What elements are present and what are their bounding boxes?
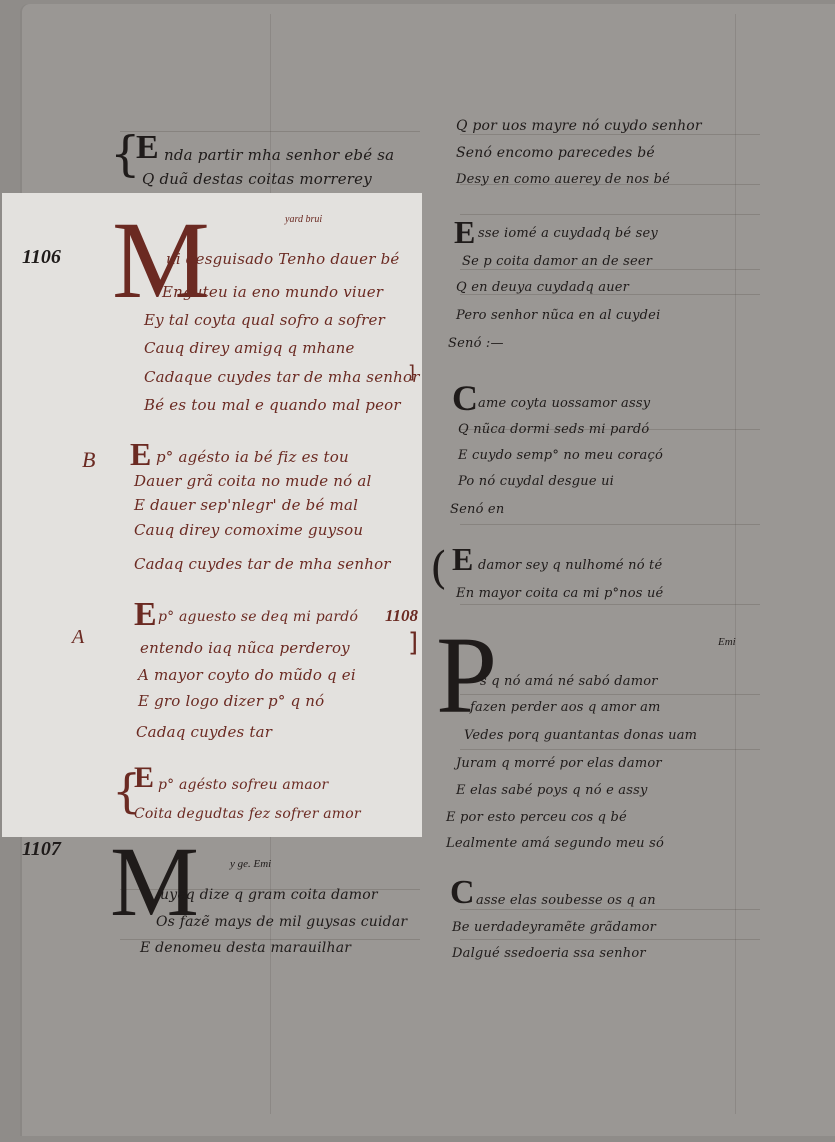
verse-line: uyeq dize q gram coita damor xyxy=(160,887,378,903)
verse-line: damor sey q nulhomé nó té xyxy=(478,558,662,573)
verse-line: A mayor coyto do mũdo q ei xyxy=(138,666,356,684)
verse-line: Senó encomo parecedes bé xyxy=(456,145,655,161)
verse-line: Enguteu ia eno mundo viuer xyxy=(162,283,383,301)
verse-line: Q en deuya cuydadq auer xyxy=(456,280,629,295)
margin-annotation-top: yard brui xyxy=(285,214,322,225)
verse-line: Dalgué ssedoeria ssa senhor xyxy=(452,946,646,961)
initial-letter: E xyxy=(452,543,473,575)
verse-line: Os fazẽ mays de mil guysas cuidar xyxy=(156,914,407,930)
margin-annotation-1107: y ge. Emi xyxy=(230,858,271,870)
verse-line: Ey tal coyta qual sofro a sofrer xyxy=(144,311,385,329)
verse-line: Dauer grã coita no mude nó al xyxy=(134,472,372,490)
verse-line: fazen perder aos q amor am xyxy=(470,700,661,715)
initial-letter: C xyxy=(450,876,475,910)
verse-line: Juram q morré por elas damor xyxy=(456,756,662,771)
bracket-mark: ] xyxy=(408,362,415,383)
verse-line: E dauer sep'nlegr' de bé mal xyxy=(134,496,358,514)
verse-line: Senó :— xyxy=(448,336,504,351)
verse-line: ui desguisado Tenho dauer bé xyxy=(166,250,399,268)
verse-line: Q duã destas coitas morrerey xyxy=(142,170,372,188)
verse-line: Cadaque cuydes tar de mha senhor xyxy=(144,368,420,386)
verse-line: Cauq direy amigq q mhane xyxy=(144,339,355,357)
verse-line: asse elas soubesse os q an xyxy=(476,893,656,908)
verse-line: Se p coita damor an de seer xyxy=(462,254,652,269)
verse-line: E denomeu desta marauilhar xyxy=(140,940,351,956)
margin-annotation-right: Emi xyxy=(718,636,736,648)
verse-line: p° agésto ia bé fiz es tou xyxy=(156,448,349,466)
verse-line: Senó en xyxy=(450,502,504,517)
folio-number-1108: 1108 xyxy=(385,606,418,626)
verse-line: Pero senhor nũca en al cuydei xyxy=(456,308,660,323)
verse-line: Cadaq cuydes tar xyxy=(136,723,272,741)
initial-letter: E xyxy=(134,598,157,632)
initial-letter: C xyxy=(452,380,478,416)
verse-line: entendo iaq nũca perderoy xyxy=(140,639,350,657)
verse-line: En mayor coita ca mi p°nos ué xyxy=(456,586,663,601)
verse-line: E gro logo dizer p° q nó xyxy=(138,692,324,710)
verse-line: ame coyta uossamor assy xyxy=(478,396,650,411)
verse-line: Po nó cuydal desgue ui xyxy=(458,474,614,489)
verse-line: Q nũca dormi seds mi pardó xyxy=(458,422,649,437)
folio-number-1107: 1107 xyxy=(22,838,61,861)
brace-icon: ( xyxy=(430,543,447,594)
verse-line: E elas sabé poys q nó e assy xyxy=(456,783,648,798)
verse-line: Vedes porq guantantas donas uam xyxy=(464,728,697,743)
verse-line: Lealmente amá segundo meu só xyxy=(446,836,664,851)
initial-letter: E xyxy=(454,216,475,248)
verse-line: Coita degudtas fez sofrer amor xyxy=(134,806,361,822)
margin-mark-b: B xyxy=(82,447,95,473)
verse-line: Q por uos mayre nó cuydo senhor xyxy=(456,118,702,134)
bracket-mark: ] xyxy=(408,628,418,658)
verse-line: Desy en como auerey de nos bé xyxy=(456,172,670,187)
verse-line: Cadaq cuydes tar de mha senhor xyxy=(134,555,391,573)
initial-letter: E xyxy=(134,763,154,793)
verse-line: nda partir mha senhor ebé sa xyxy=(164,146,394,164)
verse-line: E cuydo semp° no meu coraçó xyxy=(458,448,663,463)
verse-line: p° aguesto se deq mi pardó xyxy=(158,609,358,625)
initial-letter: E xyxy=(136,131,159,165)
margin-mark-a: A xyxy=(72,626,84,649)
verse-line: Be uerdadeyramẽte grãdamor xyxy=(452,920,656,935)
verse-line: Bé es tou mal e quando mal peor xyxy=(144,396,401,414)
folio-number-1106: 1106 xyxy=(22,246,61,269)
verse-line: sse iomé a cuydadq bé sey xyxy=(478,226,658,241)
verse-line: s q nó amá né sabó damor xyxy=(480,674,658,689)
verse-line: Cauq direy comoxime guysou xyxy=(134,521,363,539)
initial-letter: E xyxy=(130,438,151,470)
verse-line: E por esto perceu cos q bé xyxy=(446,810,627,825)
verse-line: p° agésto sofreu amaor xyxy=(158,777,328,793)
